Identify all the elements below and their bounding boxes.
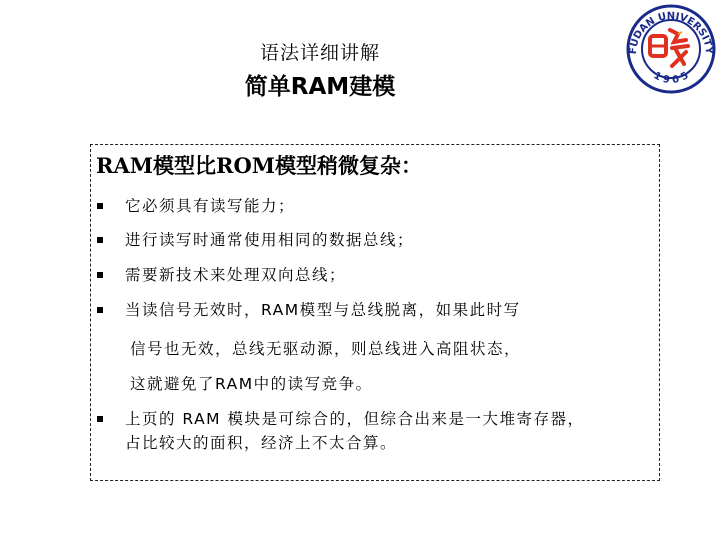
- bullet-marker-icon: [97, 416, 103, 422]
- bullet-text: 它必须具有读写能力；: [125, 194, 295, 216]
- bullet-marker-icon: [97, 237, 103, 243]
- box-heading: RAM模型比ROM模型稍微复杂：: [96, 150, 422, 180]
- university-seal-icon: FUDAN UNIVERSITY 1 9 0 5: [626, 4, 716, 94]
- fudan-university-logo: FUDAN UNIVERSITY 1 9 0 5: [626, 4, 716, 94]
- bullet-text: 当读信号无效时，RAM模型与总线脱离，如果此时写: [125, 298, 521, 320]
- bullet-text-continuation: 占比较大的面积，经济上不太合算。: [125, 431, 397, 453]
- slide-title: 简单RAM建模: [0, 68, 640, 101]
- bullet-text: 上页的 RAM 模块是可综合的，但综合出来是一大堆寄存器，: [125, 407, 584, 429]
- bullet-text-continuation: 信号也无效，总线无驱动源，则总线进入高阻状态，: [130, 337, 521, 359]
- bullet-text: 进行读写时通常使用相同的数据总线；: [125, 228, 414, 250]
- bullet-marker-icon: [97, 307, 103, 313]
- bullet-text-continuation: 这就避免了RAM中的读写竞争。: [130, 372, 373, 394]
- bullet-marker-icon: [97, 203, 103, 209]
- slide-subtitle: 语法详细讲解: [0, 38, 640, 65]
- bullet-marker-icon: [97, 272, 103, 278]
- bullet-text: 需要新技术来处理双向总线；: [125, 263, 346, 285]
